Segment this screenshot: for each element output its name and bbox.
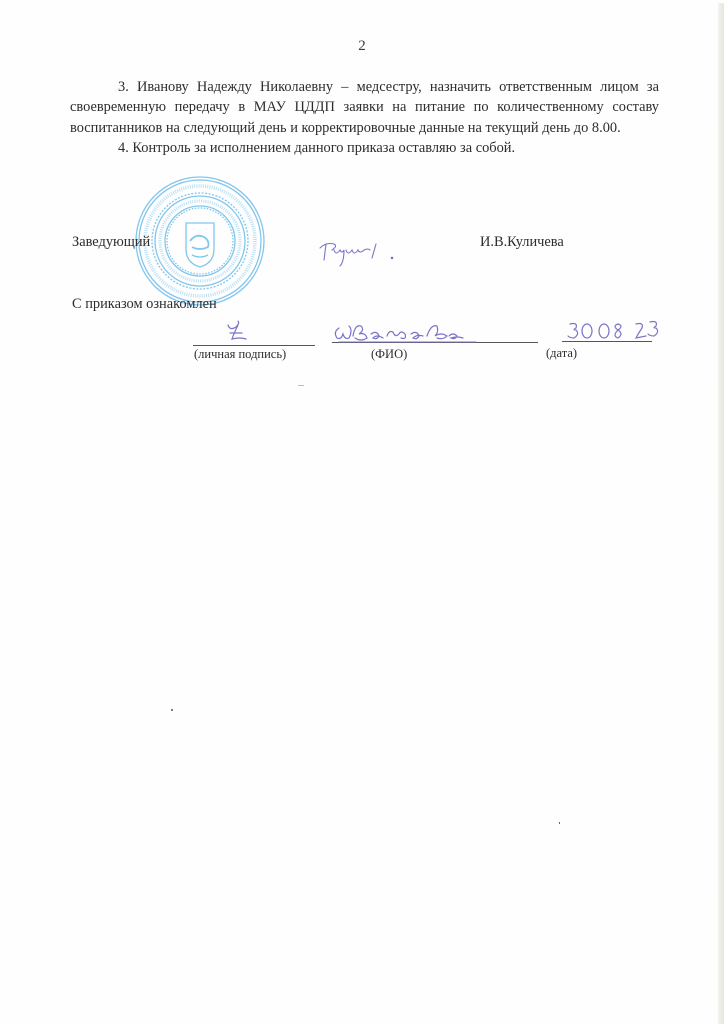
- scan-speck: [298, 385, 304, 386]
- handwritten-signature-icon: [318, 238, 398, 268]
- signature-caption: (личная подпись): [194, 347, 286, 362]
- official-stamp-icon: [134, 175, 266, 307]
- paragraph-4: 4. Контроль за исполнением данного прика…: [70, 138, 659, 158]
- scan-speck: [559, 822, 560, 824]
- handwritten-fio-icon: [331, 320, 481, 346]
- order-body: 3. Иванову Надежду Николаевну – медсестр…: [70, 77, 659, 159]
- acknowledgement-label: С приказом ознакомлен: [72, 296, 217, 313]
- signature-line: [193, 345, 315, 346]
- paragraph-3: 3. Иванову Надежду Николаевну – медсестр…: [70, 77, 659, 138]
- scan-speck: [171, 709, 173, 711]
- scan-edge: [718, 3, 724, 1024]
- handwritten-date-icon: [566, 318, 666, 344]
- date-caption: (дата): [546, 346, 577, 361]
- fio-caption: (ФИО): [371, 347, 407, 362]
- handwritten-initial-icon: [224, 319, 254, 345]
- document-page: 2 3. Иванову Надежду Николаевну – медсес…: [0, 0, 724, 1024]
- page-number: 2: [0, 38, 724, 55]
- position-label: Заведующий: [72, 234, 150, 251]
- head-name: И.В.Куличева: [480, 234, 564, 251]
